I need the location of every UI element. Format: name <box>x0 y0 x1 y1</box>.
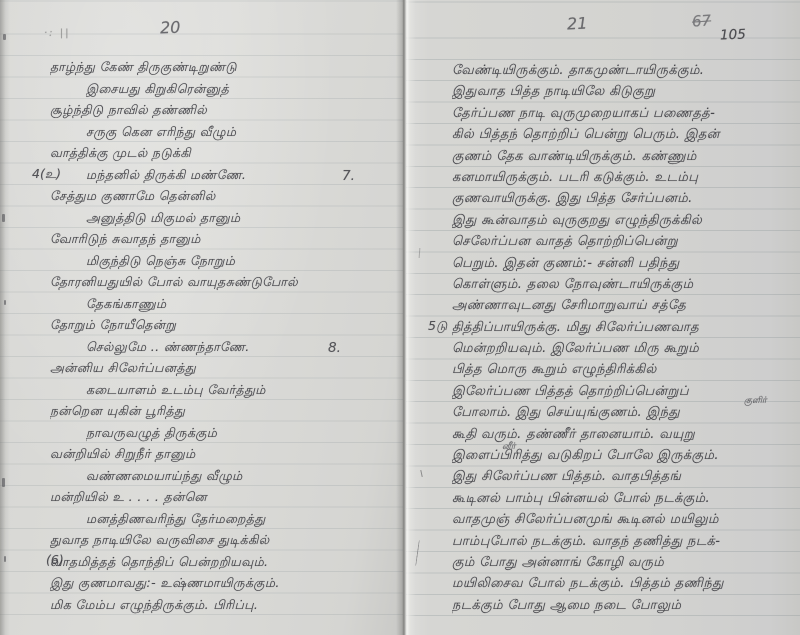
manuscript-line: இது கூன்வாதம் வுருகுறது எழுந்திருக்கில் <box>452 210 800 231</box>
manuscript-line: மிக மேம்ப எழுந்திருக்கும். பிரிப்பு. <box>50 594 403 616</box>
manuscript-line: வேண்டியிருக்கும். தாகமுண்டாயிருக்கும். <box>452 60 800 81</box>
page-stack-edge <box>0 0 10 635</box>
manuscript-line: இசையது கிறுகிரென்னுத் <box>86 78 403 100</box>
manuscript-line: மிகுந்திடு நெஞ்சு நோறும் <box>86 250 403 272</box>
manuscript-line: அனுத்திடு மிகுமல் தானும் <box>86 207 403 229</box>
interlinear-note: னீர் <box>502 442 515 453</box>
manuscript-line: தோறும் நோயீதென்று <box>50 314 403 336</box>
manuscript-line: மயிலிசைவ போல் நடக்கும். பித்தம் தணிந்து <box>452 573 800 594</box>
manuscript-line: இது குணமாவது:- உஷ்ணமாயிருக்கும். <box>50 572 403 594</box>
left-page: தாழ்ந்து கேண் திருகுண்டிறுண்டுஇசையது கிற… <box>0 0 403 635</box>
verse-number-8: 8. <box>328 340 341 356</box>
manuscript-line: அண்ணாவுடனது சேரிமாறுவாய் சத்தே <box>452 295 800 316</box>
ink-speck <box>4 300 6 305</box>
manuscript-line: வன்றியில் சிறுநீர் தானும் <box>50 443 403 465</box>
left-page-text-block: தாழ்ந்து கேண் திருகுண்டிறுண்டுஇசையது கிற… <box>0 56 403 615</box>
manuscript-line: தாழ்ந்து கேண் திருகுண்டிறுண்டு <box>50 56 403 78</box>
manuscript-line: வாதமுஞ் சிலேர்ப்பனமுங் கூடினல் மயிலும் <box>452 509 800 530</box>
manuscript-line: இதுவாத பித்த நாடியிலே கிடுகுறு <box>452 81 800 102</box>
binding-gutter <box>396 0 416 635</box>
manuscript-line: நடக்கும் போது ஆமை நடை போலும் <box>452 595 800 616</box>
manuscript-line: கனமாயிருக்கும். படரி கடுக்கும். உடம்பு <box>452 167 800 188</box>
manuscript-line: செலேர்ப்பன வாதத் தொற்றிப்பென்று <box>452 231 800 252</box>
manuscript-line: சேத்தும குணாமே தென்னில் <box>50 185 403 207</box>
margin-mark-4: 4(உ) <box>32 166 61 183</box>
manuscript-line: மனத்திணவரிந்து தேர்மறைத்து <box>86 508 403 530</box>
manuscript-line: வாத்திக்கு முடல் நடுக்கி <box>50 142 403 164</box>
manuscript-line: பாம்புபோல் நடக்கும். வாதந் தணித்து நடக்- <box>452 531 800 552</box>
manuscript-line: மன்றியில் உ . . . . தன்னெ <box>50 486 403 508</box>
manuscript-line: இது சிலேர்ப்பண பித்தம். வாதபித்தங் <box>452 466 800 487</box>
manuscript-line: தித்திப்பாயிருக்கு. மிது சிலேர்ப்பணவாத <box>452 317 800 338</box>
corner-page-number: 105 <box>720 27 746 44</box>
manuscript-line: கூடினல் பாம்பு பின்னயல் போல் நடக்கும். <box>452 488 800 509</box>
left-page-number: 20 <box>160 18 181 38</box>
manuscript-line: கும் போது அன்னாங் கோழி வரும் <box>452 552 800 573</box>
manuscript-line: தோரனியதுயில் போல் வாயுதசுண்டுபோல் <box>50 271 403 293</box>
right-page: வேண்டியிருக்கும். தாகமுண்டாயிருக்கும்.இத… <box>406 0 800 635</box>
manuscript-line: நன்றென யுகின் பூரித்து <box>50 400 403 422</box>
verse-number-7: 7. <box>342 168 355 184</box>
ink-speck <box>4 556 6 562</box>
manuscript-line: வாதமித்தத் தொந்திப் பென்றறியவும். <box>50 551 403 573</box>
ink-speck <box>2 478 5 487</box>
manuscript-scan: தாழ்ந்து கேண் திருகுண்டிறுண்டுஇசையது கிற… <box>0 0 800 635</box>
manuscript-line: கில் பித்தந் தொற்றிப் பென்று பெரும். இதன… <box>452 124 800 145</box>
margin-mark-6: (6) <box>46 552 64 567</box>
manuscript-line: அன்னிய சிலேர்ப்பனத்து <box>50 357 403 379</box>
manuscript-line: துவாத நாடியிலே வருவிசை துடிக்கில் <box>50 529 403 551</box>
manuscript-line: குணவாயிருக்கு. இது பித்த சேர்ப்பனம். <box>452 188 800 209</box>
crossed-out-page-number: 67 <box>691 11 711 30</box>
manuscript-line: வோரிடுந் சுவாதந் தானும் <box>50 228 403 250</box>
pencil-mark: ·: || <box>44 28 70 39</box>
manuscript-line: தேர்ப்பண நாடி வுருமுறையாகப் பணைதத்- <box>452 103 800 124</box>
right-page-text-block: வேண்டியிருக்கும். தாகமுண்டாயிருக்கும்.இத… <box>406 60 800 616</box>
manuscript-line: தேகங்காணும் <box>86 293 403 315</box>
manuscript-line: பித்த மொரு கூறும் எழுந்திரிக்கில் <box>452 359 800 380</box>
manuscript-line: செல்லுமே .. ண்ணந்தாணே. <box>86 336 403 358</box>
manuscript-line: சூழ்ந்திடு நாவில் தண்ணில் <box>50 99 403 121</box>
manuscript-line: நாவருவழுத் திருக்கும் <box>86 422 403 444</box>
manuscript-line: கொள்ளும். தலை நோவுண்டாயிருக்கும் <box>452 274 800 295</box>
manuscript-line: சருகு கென எரிந்து வீழும் <box>86 121 403 143</box>
manuscript-line: மென்றறியவும். இலேர்ப்பண மிரு கூறும் <box>452 338 800 359</box>
right-page-number: 21 <box>567 13 588 33</box>
manuscript-line: குணம் தேக வாண்டியிருக்கும். கண்ணும் <box>452 146 800 167</box>
manuscript-line: மந்தனில் திருக்கி மண்ணே. <box>86 164 403 186</box>
interlinear-note: குளிர் <box>744 396 767 407</box>
manuscript-line: வண்ணமையாய்ந்து வீழும் <box>86 465 403 487</box>
ink-speck <box>3 34 6 40</box>
ink-speck <box>2 214 5 222</box>
margin-mark-5: 5டு <box>428 318 447 335</box>
manuscript-line: பெறும். இதன் குணம்:- சன்னி பதிந்து <box>452 253 800 274</box>
manuscript-line: கடையாளம் உடம்பு வேர்த்தும் <box>86 379 403 401</box>
